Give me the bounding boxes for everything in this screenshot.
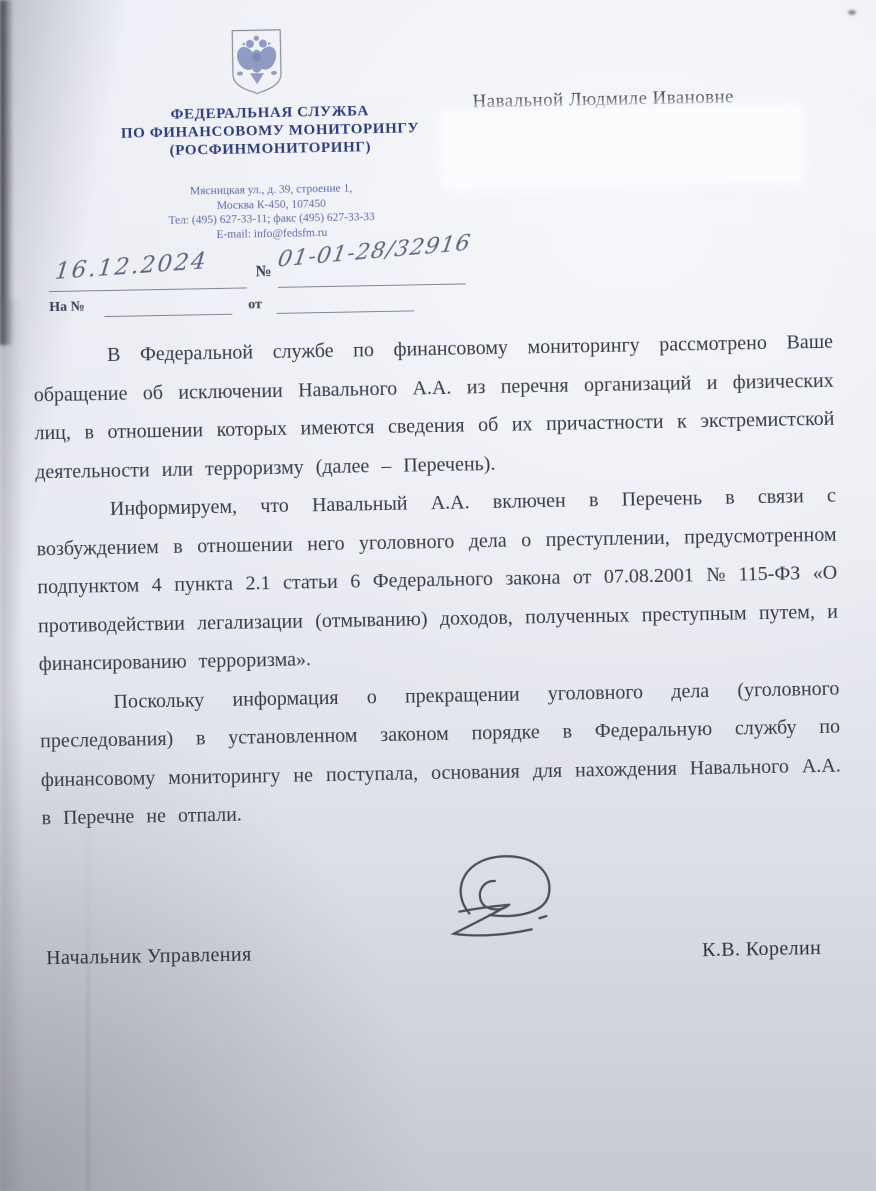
reply-from-date-label: от [248,297,262,313]
reply-date-underline [276,310,414,314]
number-underline [278,283,466,287]
signer-name: К.В. Корелин [702,937,821,962]
body-paragraph-1: В Федеральной службе по финансовому мони… [33,323,836,492]
body-paragraph-2: Информируем, что Навальный А.А. включен … [36,477,839,684]
letter-sheet: ФЕДЕРАЛЬНАЯ СЛУЖБА ПО ФИНАНСОВОМУ МОНИТО… [0,0,876,1191]
body-paragraph-3: Поскольку информация о прекращении уголо… [39,669,842,838]
number-sign-label: № [255,263,271,281]
date-underline [49,287,247,292]
reply-number-underline [104,314,232,317]
reply-to-number-label: На № [49,299,85,316]
photographed-letter: ФЕДЕРАЛЬНАЯ СЛУЖБА ПО ФИНАНСОВОМУ МОНИТО… [0,0,876,1191]
redacted-address-box [443,105,802,188]
letterhead-org-name: ФЕДЕРАЛЬНАЯ СЛУЖБА ПО ФИНАНСОВОМУ МОНИТО… [49,100,492,162]
handwritten-date: 16.12.2024 [54,248,209,285]
state-emblem-icon [226,27,287,98]
letter-body: В Федеральной службе по финансовому мони… [33,323,842,838]
handwritten-signature-icon [434,848,576,961]
signer-position-title: Начальник Управления [46,943,252,970]
